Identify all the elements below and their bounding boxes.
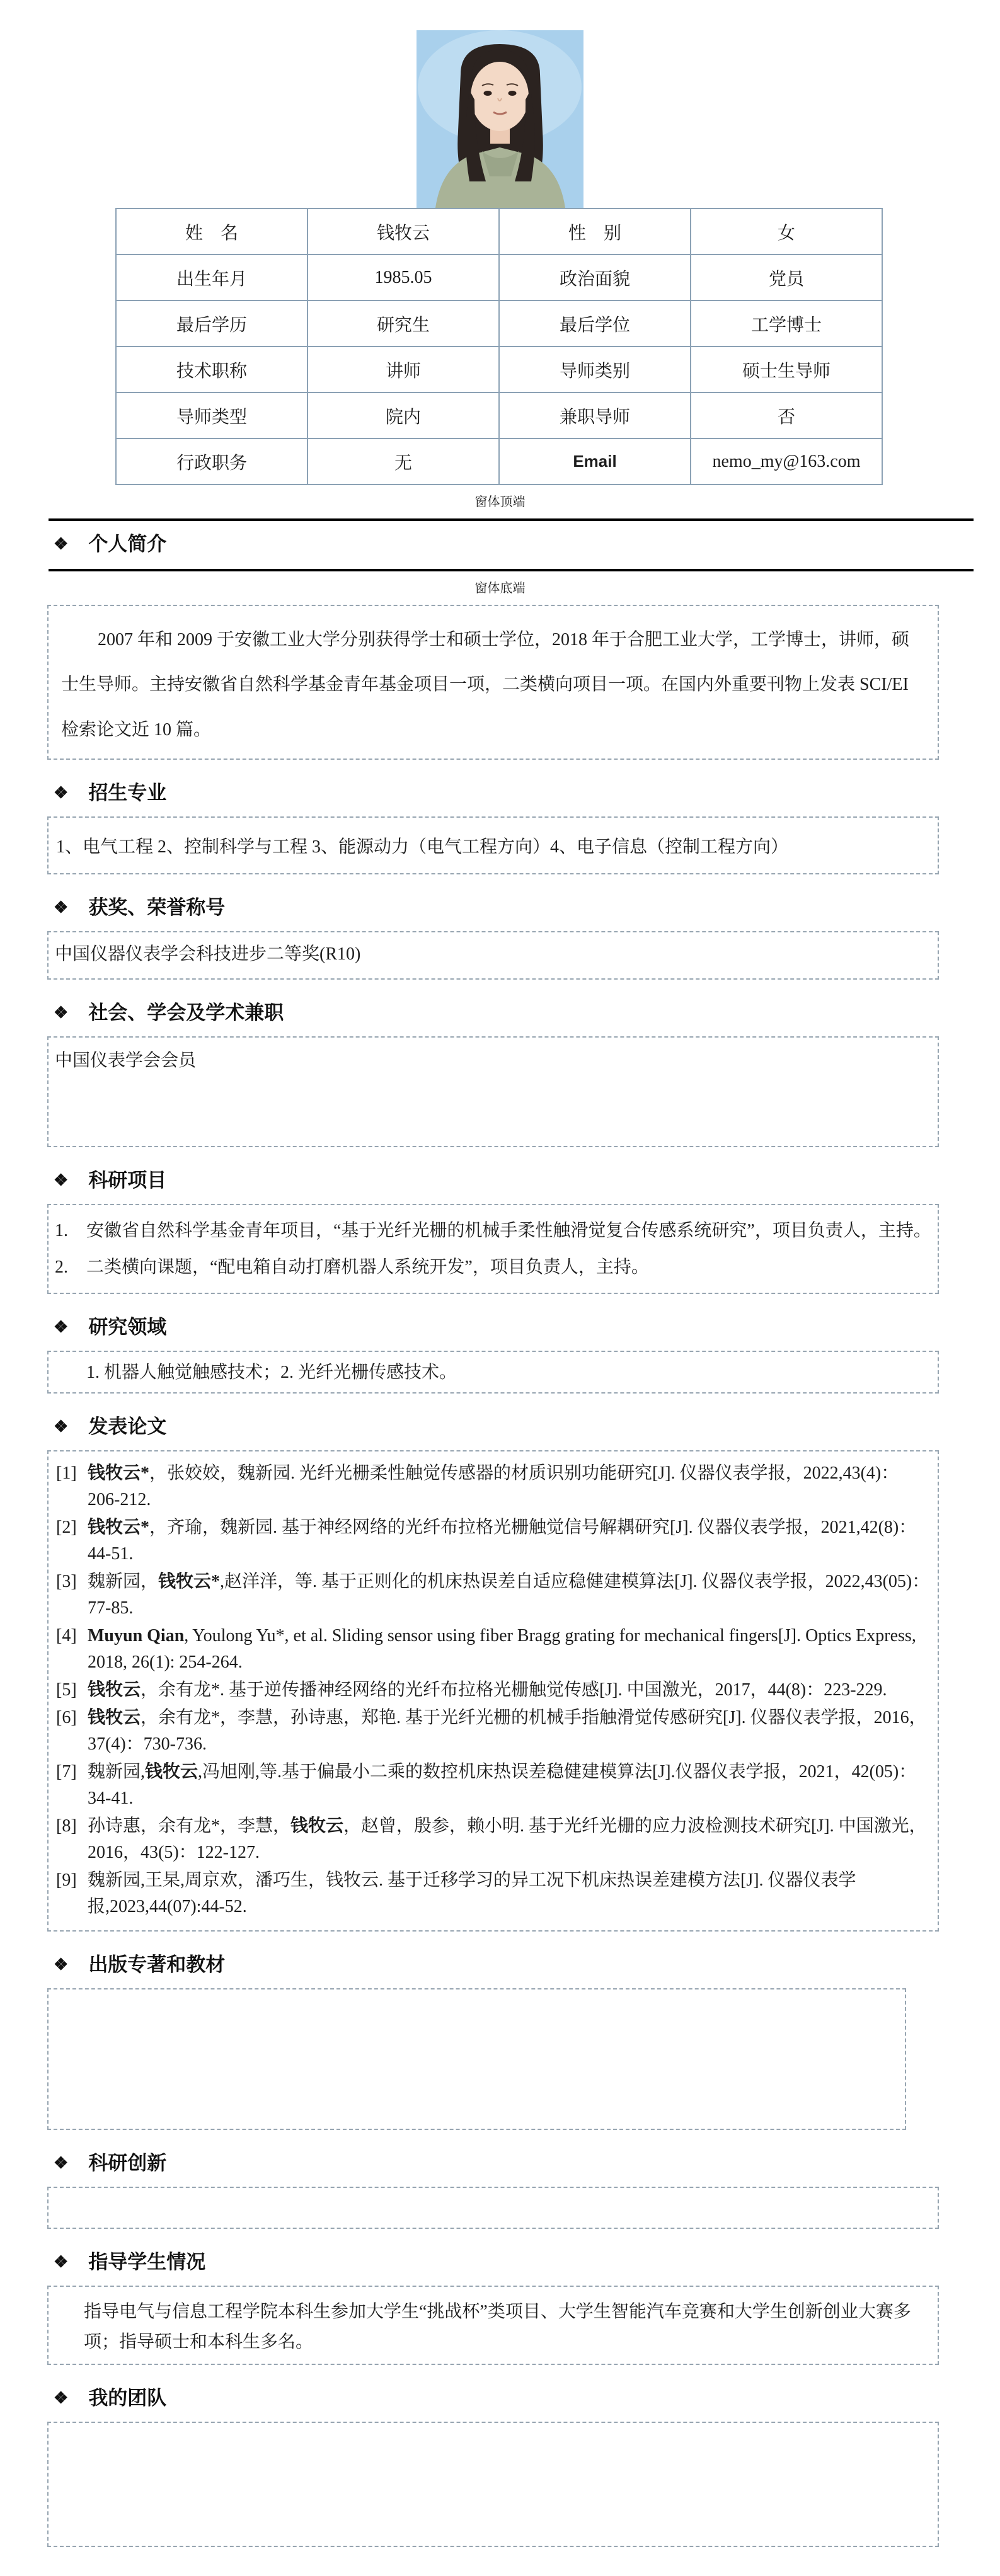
divider-line (49, 569, 974, 571)
info-table: 姓 名钱牧云性 别女出生年月1985.05政治面貌党员最后学历研究生最后学位工学… (115, 208, 883, 485)
publication-item: [4]Muyun Qian, Youlong Yu*, et al. Slidi… (56, 1623, 930, 1676)
publication-item: [1]钱牧云*，张姣姣，魏新园. 光纤光栅柔性触觉传感器的材质识别功能研究[J]… (56, 1460, 930, 1513)
item-number: [4] (56, 1623, 88, 1649)
memberships-text: 中国仪表学会会员 (55, 1048, 931, 1074)
info-label: 技术职称 (116, 346, 307, 392)
info-value: 研究生 (307, 301, 499, 346)
majors-field[interactable]: 1、电气工程 2、控制科学与工程 3、能源动力（电气工程方向）4、电子信息（控制… (47, 816, 939, 874)
info-label: 导师类型 (116, 392, 307, 438)
diamond-bullet-icon: ❖ (54, 895, 68, 921)
research-fields-text: 1. 机器人触觉触感技术；2. 光纤光栅传感技术。 (86, 1360, 931, 1386)
awards-field[interactable]: 中国仪器仪表学会科技进步二等奖(R10) (47, 931, 939, 980)
section-title: 获奖、荣誉称号 (88, 895, 225, 921)
item-number: [7] (56, 1759, 88, 1785)
info-value: 否 (691, 392, 882, 438)
books-field[interactable] (47, 1988, 906, 2130)
section-title: 研究领域 (88, 1314, 166, 1341)
section-title: 我的团队 (88, 2385, 166, 2412)
item-text: 钱牧云，余有龙*，李慧，孙诗惠，郑艳. 基于光纤光栅的机械手指触滑觉传感研究[J… (88, 1705, 930, 1758)
publication-item: [7]魏新园,钱牧云,冯旭刚,等.基于偏最小二乘的数控机床热误差稳健建模算法[J… (56, 1759, 930, 1812)
section-heading-team: ❖ 我的团队 (54, 2385, 1000, 2413)
info-label: 行政职务 (116, 438, 307, 484)
info-label: 姓 名 (116, 209, 307, 255)
info-value: 女 (691, 209, 882, 255)
research-fields-field[interactable]: 1. 机器人触觉触感技术；2. 光纤光栅传感技术。 (47, 1351, 939, 1394)
table-row: 最后学历研究生最后学位工学博士 (116, 301, 882, 346)
form-bottom-label: 窗体底端 (0, 578, 1000, 596)
item-text: 安徽省自然科学基金青年项目，“基于光纤光栅的机械手柔性触滑觉复合传感系统研究”，… (86, 1213, 931, 1249)
info-value: 硕士生导师 (691, 346, 882, 392)
info-label: 导师类别 (499, 346, 691, 392)
table-row: 导师类型院内兼职导师否 (116, 392, 882, 438)
publication-item: [9]魏新园,王杲,周京欢，潘巧生，钱牧云. 基于迁移学习的异工况下机床热误差建… (56, 1867, 930, 1920)
info-label: Email (499, 438, 691, 484)
diamond-bullet-icon: ❖ (54, 780, 68, 806)
info-value: 院内 (307, 392, 499, 438)
item-number: 2. (55, 1249, 86, 1285)
diamond-bullet-icon: ❖ (54, 1167, 68, 1194)
project-item: 1.安徽省自然科学基金青年项目，“基于光纤光栅的机械手柔性触滑觉复合传感系统研究… (55, 1213, 931, 1249)
profile-text: 2007 年和 2009 于安徽工业大学分别获得学士和硕士学位，2018 年于合… (61, 617, 925, 752)
section-research-fields: ❖ 研究领域 1. 机器人触觉触感技术；2. 光纤光栅传感技术。 (0, 1314, 1000, 1394)
section-heading-profile: ❖ 个人简介 (54, 531, 1000, 559)
section-projects: ❖ 科研项目 1.安徽省自然科学基金青年项目，“基于光纤光栅的机械手柔性触滑觉复… (0, 1167, 1000, 1294)
section-heading-memberships: ❖ 社会、学会及学术兼职 (54, 1000, 1000, 1028)
section-title: 科研项目 (88, 1167, 166, 1194)
info-value: 钱牧云 (307, 209, 499, 255)
info-table-body: 姓 名钱牧云性 别女出生年月1985.05政治面貌党员最后学历研究生最后学位工学… (116, 209, 882, 484)
item-number: [9] (56, 1867, 88, 1894)
divider-line (49, 518, 974, 521)
students-text: 指导电气与信息工程学院本科生参加大学生“挑战杯”类项目、大学生智能汽车竞赛和大学… (84, 2297, 928, 2357)
section-title: 发表论文 (88, 1414, 166, 1440)
diamond-bullet-icon: ❖ (54, 2385, 68, 2412)
item-text: 魏新园,钱牧云,冯旭刚,等.基于偏最小二乘的数控机床热误差稳健建模算法[J].仪… (88, 1759, 930, 1812)
table-row: 出生年月1985.05政治面貌党员 (116, 255, 882, 301)
item-number: [1] (56, 1460, 88, 1487)
memberships-field[interactable]: 中国仪表学会会员 (47, 1036, 939, 1147)
section-heading-majors: ❖ 招生专业 (54, 780, 1000, 808)
item-number: [6] (56, 1705, 88, 1731)
profile-photo (417, 30, 583, 208)
diamond-bullet-icon: ❖ (54, 531, 68, 558)
section-title: 指导学生情况 (88, 2249, 205, 2275)
section-heading-books: ❖ 出版专著和教材 (54, 1952, 1000, 1979)
section-publications: ❖ 发表论文 [1]钱牧云*，张姣姣，魏新园. 光纤光栅柔性触觉传感器的材质识别… (0, 1414, 1000, 1932)
diamond-bullet-icon: ❖ (54, 1952, 68, 1978)
item-number: [5] (56, 1677, 88, 1703)
section-heading-research-fields: ❖ 研究领域 (54, 1314, 1000, 1342)
diamond-bullet-icon: ❖ (54, 1314, 68, 1341)
item-text: 钱牧云*，齐瑜，魏新园. 基于神经网络的光纤布拉格光栅触觉信号解耦研究[J]. … (88, 1514, 930, 1567)
publication-item: [5]钱牧云，余有龙*. 基于逆传播神经网络的光纤布拉格光栅触觉传感[J]. 中… (56, 1677, 930, 1703)
item-number: [8] (56, 1813, 88, 1840)
projects-field[interactable]: 1.安徽省自然科学基金青年项目，“基于光纤光栅的机械手柔性触滑觉复合传感系统研究… (47, 1204, 939, 1294)
section-heading-publications: ❖ 发表论文 (54, 1414, 1000, 1441)
section-title: 个人简介 (88, 531, 166, 558)
project-item: 2.二类横向课题，“配电箱自动打磨机器人系统开发”，项目负责人，主持。 (55, 1249, 931, 1285)
info-label: 出生年月 (116, 255, 307, 301)
section-heading-projects: ❖ 科研项目 (54, 1167, 1000, 1195)
diamond-bullet-icon: ❖ (54, 2249, 68, 2275)
info-label: 最后学位 (499, 301, 691, 346)
info-label: 性 别 (499, 209, 691, 255)
publications-field[interactable]: [1]钱牧云*，张姣姣，魏新园. 光纤光栅柔性触觉传感器的材质识别功能研究[J]… (47, 1450, 939, 1932)
info-value: 1985.05 (307, 255, 499, 301)
section-title: 招生专业 (88, 780, 166, 806)
faculty-profile-document: 姓 名钱牧云性 别女出生年月1985.05政治面貌党员最后学历研究生最后学位工学… (0, 0, 1000, 2576)
info-label: 政治面貌 (499, 255, 691, 301)
info-label: 兼职导师 (499, 392, 691, 438)
profile-field[interactable]: 2007 年和 2009 于安徽工业大学分别获得学士和硕士学位，2018 年于合… (47, 605, 939, 760)
section-majors: ❖ 招生专业 1、电气工程 2、控制科学与工程 3、能源动力（电气工程方向）4、… (0, 780, 1000, 874)
table-row: 姓 名钱牧云性 别女 (116, 209, 882, 255)
photo-container (0, 0, 1000, 208)
info-value: 工学博士 (691, 301, 882, 346)
item-text: 孙诗惠，余有龙*，李慧，钱牧云，赵曾，殷参，赖小明. 基于光纤光栅的应力波检测技… (88, 1813, 930, 1866)
item-text: 钱牧云，余有龙*. 基于逆传播神经网络的光纤布拉格光栅触觉传感[J]. 中国激光… (88, 1677, 930, 1703)
diamond-bullet-icon: ❖ (54, 1414, 68, 1440)
section-title: 科研创新 (88, 2150, 166, 2177)
section-heading-awards: ❖ 获奖、荣誉称号 (54, 895, 1000, 922)
table-row: 行政职务无Emailnemo_my@163.com (116, 438, 882, 484)
section-memberships: ❖ 社会、学会及学术兼职 中国仪表学会会员 (0, 1000, 1000, 1147)
section-awards: ❖ 获奖、荣誉称号 中国仪器仪表学会科技进步二等奖(R10) (0, 895, 1000, 980)
table-row: 技术职称讲师导师类别硕士生导师 (116, 346, 882, 392)
info-value: 党员 (691, 255, 882, 301)
form-top-label: 窗体顶端 (0, 491, 1000, 510)
item-text: Muyun Qian, Youlong Yu*, et al. Sliding … (88, 1623, 930, 1676)
item-text: 魏新园,王杲,周京欢，潘巧生，钱牧云. 基于迁移学习的异工况下机床热误差建模方法… (88, 1867, 930, 1920)
publication-item: [8]孙诗惠，余有龙*，李慧，钱牧云，赵曾，殷参，赖小明. 基于光纤光栅的应力波… (56, 1813, 930, 1866)
publication-item: [6]钱牧云，余有龙*，李慧，孙诗惠，郑艳. 基于光纤光栅的机械手指触滑觉传感研… (56, 1705, 930, 1758)
section-heading-innovation: ❖ 科研创新 (54, 2150, 1000, 2178)
section-title: 出版专著和教材 (88, 1952, 225, 1978)
info-value: 无 (307, 438, 499, 484)
item-text: 魏新园，钱牧云*,赵洋洋，等. 基于正则化的机床热误差自适应稳健建模算法[J].… (88, 1569, 930, 1622)
team-field[interactable] (47, 2422, 939, 2547)
innovation-field[interactable] (47, 2187, 939, 2229)
section-title: 社会、学会及学术兼职 (88, 1000, 284, 1026)
info-value: nemo_my@163.com (691, 438, 882, 484)
publication-item: [3]魏新园，钱牧云*,赵洋洋，等. 基于正则化的机床热误差自适应稳健建模算法[… (56, 1569, 930, 1622)
students-field[interactable]: 指导电气与信息工程学院本科生参加大学生“挑战杯”类项目、大学生智能汽车竞赛和大学… (47, 2286, 939, 2365)
majors-text: 1、电气工程 2、控制科学与工程 3、能源动力（电气工程方向）4、电子信息（控制… (56, 834, 930, 861)
item-text: 钱牧云*，张姣姣，魏新园. 光纤光栅柔性触觉传感器的材质识别功能研究[J]. 仪… (88, 1460, 930, 1513)
item-number: [3] (56, 1569, 88, 1595)
publication-item: [2]钱牧云*，齐瑜，魏新园. 基于神经网络的光纤布拉格光栅触觉信号解耦研究[J… (56, 1514, 930, 1567)
section-heading-students: ❖ 指导学生情况 (54, 2249, 1000, 2277)
section-team: ❖ 我的团队 (0, 2385, 1000, 2547)
item-number: 1. (55, 1213, 86, 1249)
section-innovation: ❖ 科研创新 (0, 2150, 1000, 2229)
item-text: 二类横向课题，“配电箱自动打磨机器人系统开发”，项目负责人，主持。 (86, 1249, 931, 1285)
info-label: 最后学历 (116, 301, 307, 346)
awards-text: 中国仪器仪表学会科技进步二等奖(R10) (55, 941, 931, 968)
section-books: ❖ 出版专著和教材 (0, 1952, 1000, 2130)
info-value: 讲师 (307, 346, 499, 392)
item-number: [2] (56, 1514, 88, 1541)
section-students: ❖ 指导学生情况 指导电气与信息工程学院本科生参加大学生“挑战杯”类项目、大学生… (0, 2249, 1000, 2365)
diamond-bullet-icon: ❖ (54, 1000, 68, 1026)
diamond-bullet-icon: ❖ (54, 2150, 68, 2177)
